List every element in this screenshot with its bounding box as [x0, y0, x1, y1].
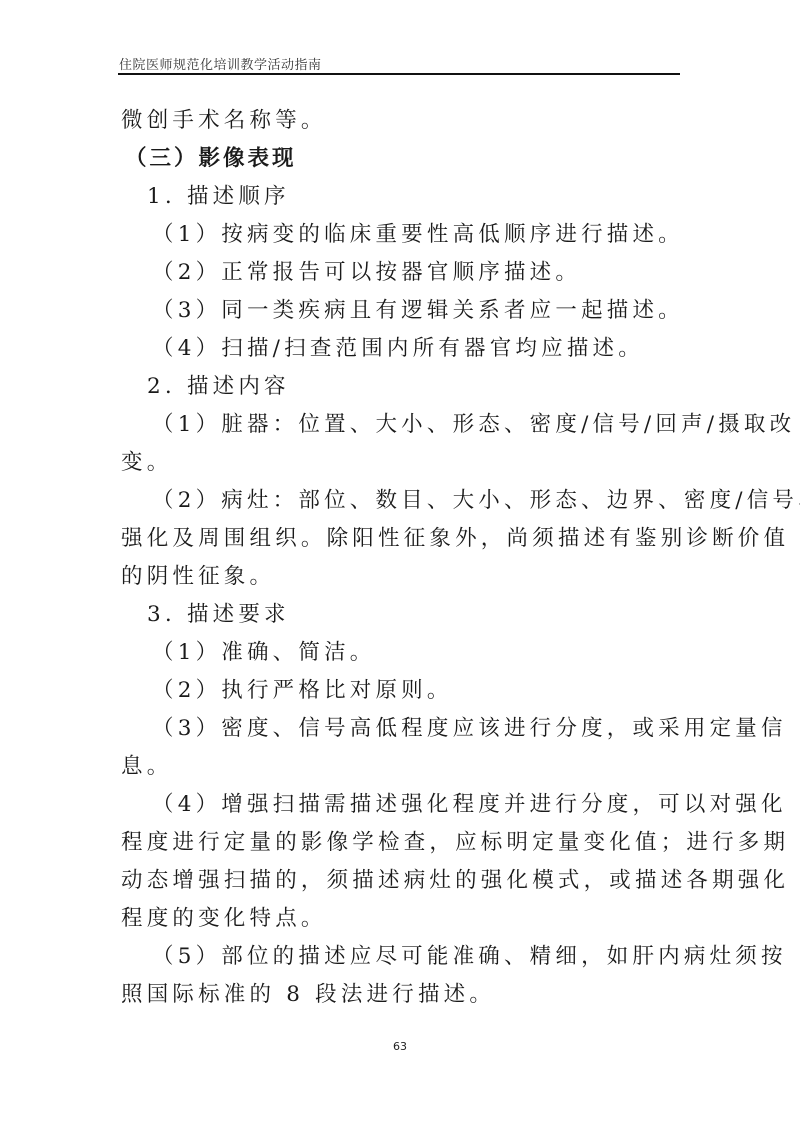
subsection-heading: 2. 描述内容: [147, 376, 290, 398]
paragraph-line: （1）准确、简洁。: [152, 642, 375, 664]
paragraph-line: （1）脏器：位置、大小、形态、密度/信号/回声/摄取改: [152, 414, 795, 436]
section-heading: （三）影像表现: [125, 148, 297, 170]
paragraph-line: 的阴性征象。: [121, 566, 275, 588]
paragraph-line: （2）执行严格比对原则。: [152, 680, 453, 702]
paragraph-line: 息。: [121, 756, 172, 778]
paragraph-line: 微创手术名称等。: [121, 110, 327, 132]
paragraph-line: 动态增强扫描的，须描述病灶的强化模式，或描述各期强化: [121, 870, 789, 892]
paragraph-line: （2）病灶：部位、数目、大小、形态、边界、密度/信号、: [152, 490, 800, 512]
paragraph-line: 变。: [121, 452, 172, 474]
paragraph-line: （4）扫描/扫查范围内所有器官均应描述。: [152, 338, 644, 360]
paragraph-line: 程度进行定量的影像学检查，应标明定量变化值；进行多期: [121, 832, 789, 854]
paragraph-line: （3）密度、信号高低程度应该进行分度，或采用定量信: [152, 718, 787, 740]
subsection-heading: 1. 描述顺序: [147, 186, 290, 208]
header-rule: [118, 73, 680, 75]
paragraph-line: （2）正常报告可以按器官顺序描述。: [152, 262, 581, 284]
paragraph-line: 照国际标准的 8 段法进行描述。: [121, 984, 495, 1006]
page-number: 63: [0, 1040, 800, 1053]
paragraph-line: （3）同一类疾病且有逻辑关系者应一起描述。: [152, 300, 684, 322]
paragraph-line: 强化及周围组织。除阳性征象外，尚须描述有鉴别诊断价值: [121, 528, 789, 550]
paragraph-line: 程度的变化特点。: [121, 908, 327, 930]
paragraph-line: （5）部位的描述应尽可能准确、精细，如肝内病灶须按: [152, 946, 787, 968]
running-header: 住院医师规范化培训教学活动指南: [119, 54, 322, 73]
paragraph-line: （1）按病变的临床重要性高低顺序进行描述。: [152, 224, 684, 246]
subsection-heading: 3. 描述要求: [147, 604, 290, 626]
paragraph-line: （4）增强扫描需描述强化程度并进行分度，可以对强化: [152, 794, 787, 816]
